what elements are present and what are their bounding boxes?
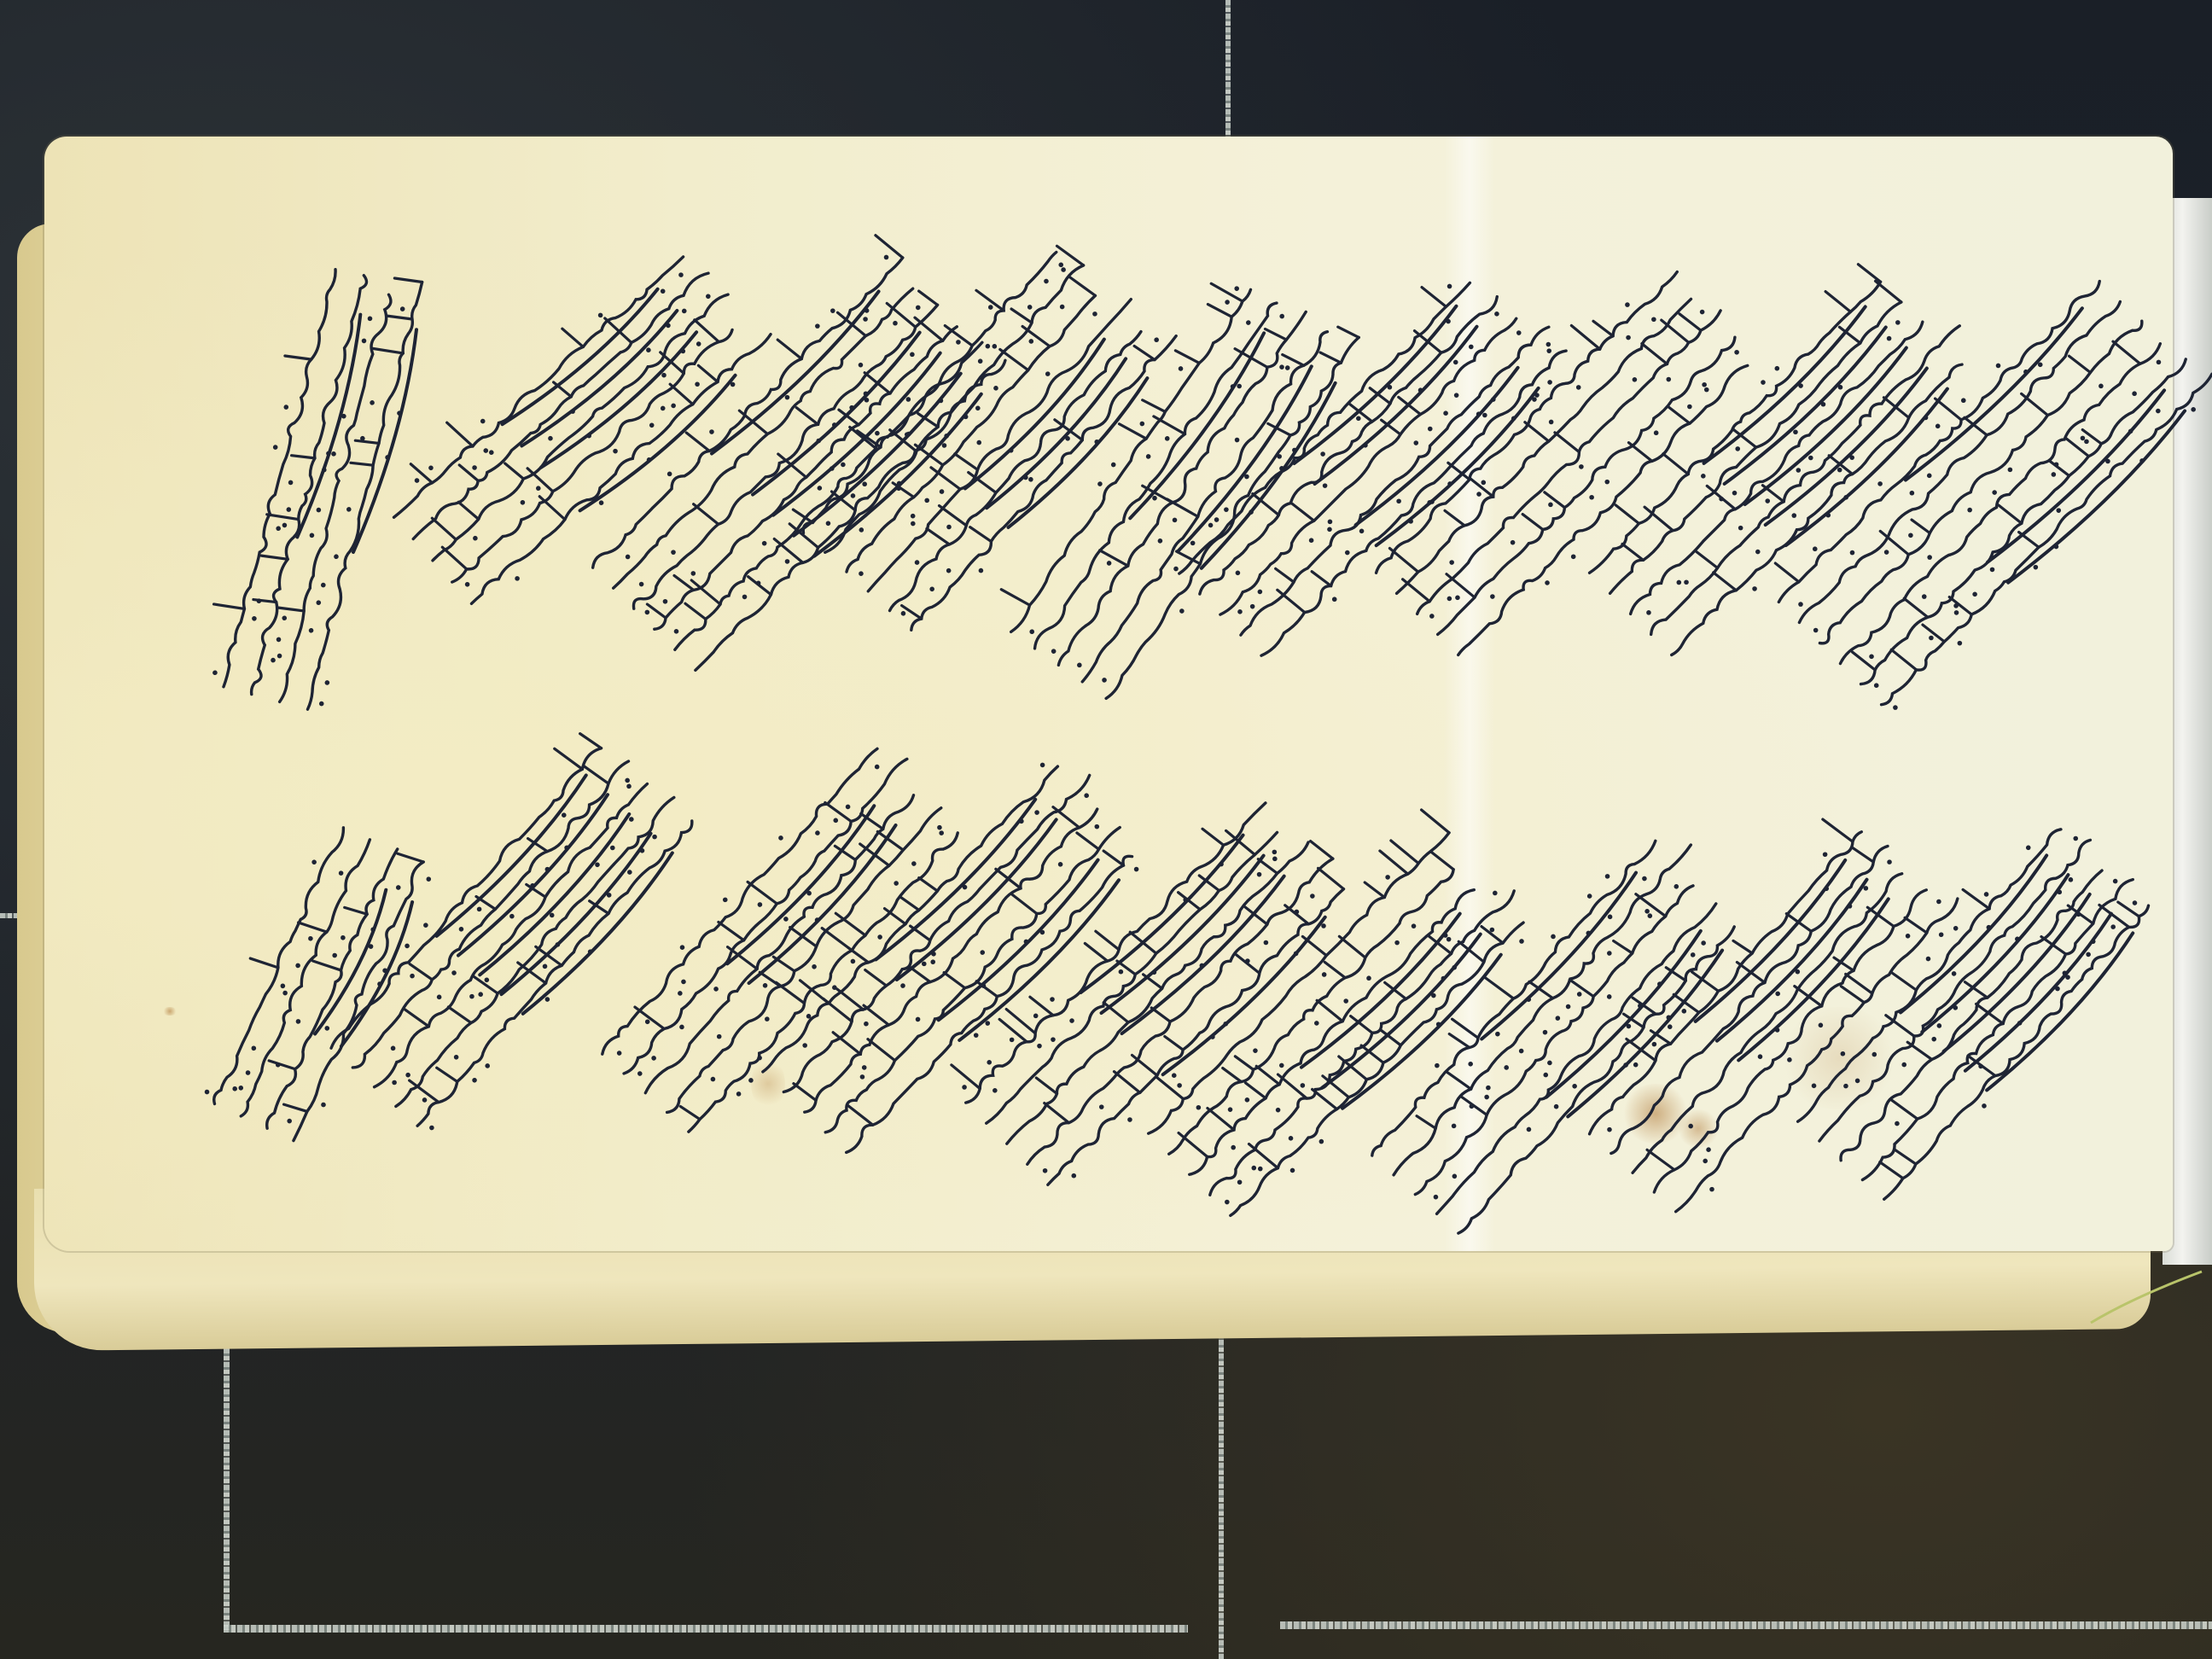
calligraphy-block-margin-left-a — [194, 252, 436, 713]
calligraphy-block-col-1-top — [370, 222, 780, 614]
calligraphy-block-col-6-top — [1350, 243, 1772, 665]
stray-fiber — [2082, 1263, 2210, 1331]
calligraphy-block-margin-left-b — [189, 812, 437, 1147]
calligraphy-block-col-6-bottom — [1347, 802, 1767, 1243]
calligraphy-block-col-8-top — [1755, 248, 2212, 715]
calligraphy-block-col-4-top — [981, 250, 1371, 707]
calligraphy-block-col-5-top — [1157, 243, 1580, 666]
calligraphy-block-col-1-bottom — [306, 716, 706, 1135]
calligraphy-text — [0, 0, 2212, 1659]
calligraphy-block-col-3-bottom — [736, 730, 1162, 1162]
